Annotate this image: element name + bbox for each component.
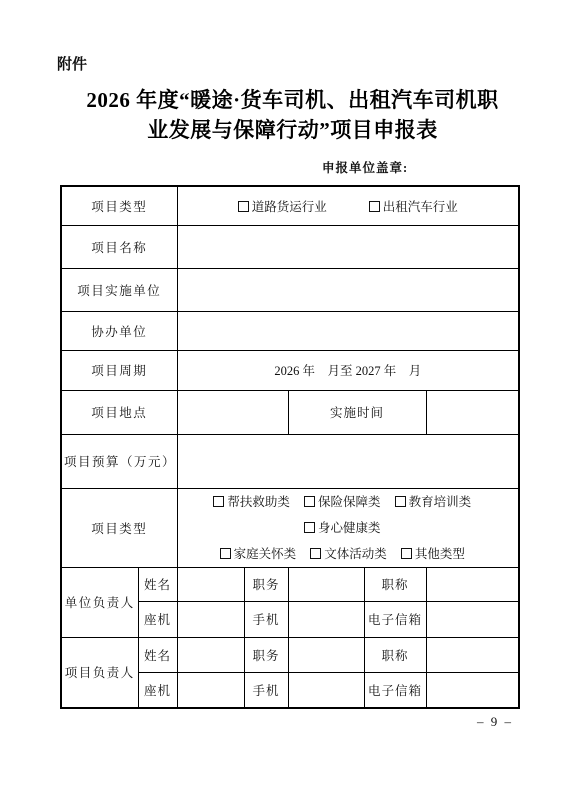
attachment-label: 附件 [57, 53, 87, 74]
unit-leader-landline-value-cell[interactable] [177, 601, 244, 637]
checkbox-icon[interactable] [310, 548, 321, 559]
project-name-label: 项目名称 [61, 225, 177, 268]
project-leader-landline-value-cell[interactable] [177, 672, 244, 708]
project-period-label: 项目周期 [61, 350, 177, 390]
project-leader-title-value-cell[interactable] [426, 637, 519, 672]
unit-leader-label: 单位负责人 [61, 567, 138, 637]
co-organizer-label: 协办单位 [61, 311, 177, 350]
taxi-option: 出租汽车行业 [369, 197, 458, 215]
unit-leader-name-label: 姓名 [138, 567, 177, 601]
checkbox-icon[interactable] [395, 496, 406, 507]
table-row: 项目负责人 姓名 职务 职称 [61, 637, 519, 672]
unit-leader-position-value-cell[interactable] [288, 567, 364, 601]
project-leader-email-label: 电子信箱 [364, 672, 426, 708]
unit-leader-name-value-cell[interactable] [177, 567, 244, 601]
road-freight-option: 道路货运行业 [238, 197, 327, 215]
implementing-unit-value-cell[interactable] [177, 268, 519, 311]
unit-leader-mobile-label: 手机 [244, 601, 288, 637]
checkbox-label: 帮扶救助类 [227, 495, 290, 509]
project-location-value-cell[interactable] [177, 390, 288, 434]
project-category-label: 项目类型 [61, 488, 177, 567]
insurance-option: 保险保障类 [304, 495, 381, 509]
table-row: 项目类型 帮扶救助类 保险保障类 教育培训类 身心健康类 家庭关怀类 文体活动类… [61, 488, 519, 567]
document-title-line2: 业发展与保障行动”项目申报表 [28, 115, 557, 145]
unit-leader-landline-label: 座机 [138, 601, 177, 637]
checkbox-label: 身心健康类 [318, 521, 381, 535]
checkbox-icon[interactable] [401, 548, 412, 559]
sports-culture-option: 文体活动类 [310, 547, 387, 561]
implementation-time-label: 实施时间 [288, 390, 426, 434]
table-row: 项目预算（万元） [61, 434, 519, 488]
project-leader-mobile-value-cell[interactable] [288, 672, 364, 708]
checkbox-label: 出租汽车行业 [383, 200, 458, 214]
table-row: 项目实施单位 [61, 268, 519, 311]
table-row: 单位负责人 姓名 职务 职称 [61, 567, 519, 601]
aid-option: 帮扶救助类 [213, 495, 290, 509]
health-option: 身心健康类 [304, 521, 381, 535]
table-row: 协办单位 [61, 311, 519, 350]
unit-leader-title-label: 职称 [364, 567, 426, 601]
category-options-line1: 帮扶救助类 保险保障类 教育培训类 身心健康类 [180, 489, 517, 541]
checkbox-label: 道路货运行业 [252, 200, 327, 214]
unit-leader-email-value-cell[interactable] [426, 601, 519, 637]
project-name-value-cell[interactable] [177, 225, 519, 268]
project-leader-landline-label: 座机 [138, 672, 177, 708]
co-organizer-value-cell[interactable] [177, 311, 519, 350]
education-option: 教育培训类 [395, 495, 472, 509]
project-leader-label: 项目负责人 [61, 637, 138, 708]
project-leader-mobile-label: 手机 [244, 672, 288, 708]
checkbox-icon[interactable] [213, 496, 224, 507]
project-leader-position-value-cell[interactable] [288, 637, 364, 672]
document-page: 附件 2026 年度“暖途·货车司机、出租汽车司机职 业发展与保障行动”项目申报… [0, 0, 585, 795]
project-budget-value-cell[interactable] [177, 434, 519, 488]
checkbox-icon[interactable] [304, 496, 315, 507]
unit-leader-email-label: 电子信箱 [364, 601, 426, 637]
family-care-option: 家庭关怀类 [220, 547, 297, 561]
checkbox-label: 家庭关怀类 [234, 547, 297, 561]
application-form-table: 项目类型 道路货运行业 出租汽车行业 项目名称 项目实施单位 协办单位 项目周 [60, 185, 520, 709]
project-period-value-cell[interactable]: 2026 年 月至 2027 年 月 [177, 350, 519, 390]
unit-leader-title-value-cell[interactable] [426, 567, 519, 601]
table-row: 项目地点 实施时间 [61, 390, 519, 434]
document-title-line1: 2026 年度“暖途·货车司机、出租汽车司机职 [28, 85, 557, 115]
checkbox-label: 保险保障类 [318, 495, 381, 509]
checkbox-label: 文体活动类 [324, 547, 387, 561]
seal-label: 申报单位盖章: [322, 158, 408, 176]
unit-leader-position-label: 职务 [244, 567, 288, 601]
project-leader-position-label: 职务 [244, 637, 288, 672]
implementation-time-value-cell[interactable] [426, 390, 519, 434]
checkbox-label: 教育培训类 [409, 495, 472, 509]
project-leader-title-label: 职称 [364, 637, 426, 672]
page-number: – 9 – [477, 714, 513, 730]
table-row: 项目名称 [61, 225, 519, 268]
project-leader-name-label: 姓名 [138, 637, 177, 672]
project-budget-label: 项目预算（万元） [61, 434, 177, 488]
project-leader-email-value-cell[interactable] [426, 672, 519, 708]
other-option: 其他类型 [401, 547, 465, 561]
table-row: 项目类型 道路货运行业 出租汽车行业 [61, 186, 519, 225]
industry-type-label: 项目类型 [61, 186, 177, 225]
checkbox-icon[interactable] [304, 522, 315, 533]
unit-leader-mobile-value-cell[interactable] [288, 601, 364, 637]
category-options-line2: 家庭关怀类 文体活动类 其他类型 [180, 541, 517, 567]
implementing-unit-label: 项目实施单位 [61, 268, 177, 311]
project-location-label: 项目地点 [61, 390, 177, 434]
project-leader-name-value-cell[interactable] [177, 637, 244, 672]
checkbox-icon[interactable] [238, 201, 249, 212]
checkbox-icon[interactable] [220, 548, 231, 559]
checkbox-icon[interactable] [369, 201, 380, 212]
industry-type-options-cell: 道路货运行业 出租汽车行业 [177, 186, 519, 225]
document-title: 2026 年度“暖途·货车司机、出租汽车司机职 业发展与保障行动”项目申报表 [28, 85, 557, 145]
project-category-options-cell: 帮扶救助类 保险保障类 教育培训类 身心健康类 家庭关怀类 文体活动类 其他类型 [177, 488, 519, 567]
checkbox-label: 其他类型 [415, 547, 465, 561]
table-row: 项目周期 2026 年 月至 2027 年 月 [61, 350, 519, 390]
